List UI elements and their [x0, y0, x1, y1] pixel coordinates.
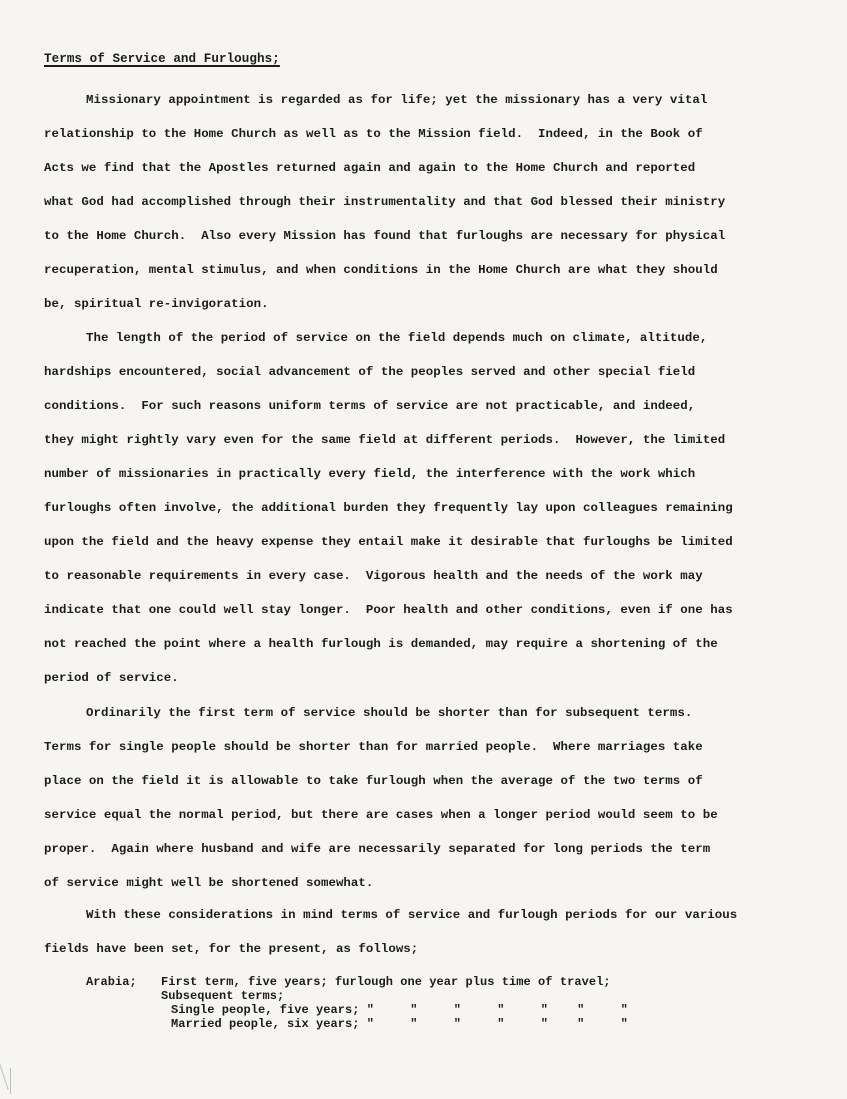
text-line: of service might well be shortened somew… [44, 876, 373, 890]
text-line: The length of the period of service on t… [86, 331, 707, 345]
text-line: to the Home Church. Also every Mission h… [44, 229, 725, 243]
text-line: indicate that one could well stay longer… [44, 603, 733, 617]
text-line: service equal the normal period, but the… [44, 808, 718, 822]
single-people-term: Single people, five years; " " " " " " " [171, 1004, 628, 1017]
document-title: Terms of Service and Furloughs; [44, 52, 280, 66]
text-line: place on the field it is allowable to ta… [44, 774, 703, 788]
text-line: not reached the point where a health fur… [44, 637, 718, 651]
document-page: Terms of Service and Furloughs; Missiona… [0, 0, 847, 1099]
text-line: what God had accomplished through their … [44, 195, 725, 209]
field-label-arabia: Arabia; [86, 976, 137, 989]
text-line: recuperation, mental stimulus, and when … [44, 263, 718, 277]
paper-scuff-mark [10, 1068, 13, 1094]
text-line: Ordinarily the first term of service sho… [86, 706, 692, 720]
subsequent-terms-label: Subsequent terms; [161, 990, 284, 1003]
text-line: conditions. For such reasons uniform ter… [44, 399, 695, 413]
text-line: Acts we find that the Apostles returned … [44, 161, 695, 175]
text-line: they might rightly vary even for the sam… [44, 433, 725, 447]
text-line: With these considerations in mind terms … [86, 908, 737, 922]
text-line: be, spiritual re-invigoration. [44, 297, 269, 311]
text-line: Missionary appointment is regarded as fo… [86, 93, 707, 107]
text-line: period of service. [44, 671, 179, 685]
text-line: fields have been set, for the present, a… [44, 942, 418, 956]
married-people-term: Married people, six years; " " " " " " " [171, 1018, 628, 1031]
text-line: number of missionaries in practically ev… [44, 467, 695, 481]
text-line: proper. Again where husband and wife are… [44, 842, 710, 856]
text-line: hardships encountered, social advancemen… [44, 365, 695, 379]
text-line: to reasonable requirements in every case… [44, 569, 703, 583]
text-line: Terms for single people should be shorte… [44, 740, 703, 754]
first-term-text: First term, five years; furlough one yea… [161, 976, 611, 989]
text-line: relationship to the Home Church as well … [44, 127, 703, 141]
text-line: furloughs often involve, the additional … [44, 501, 733, 515]
text-line: upon the field and the heavy expense the… [44, 535, 733, 549]
